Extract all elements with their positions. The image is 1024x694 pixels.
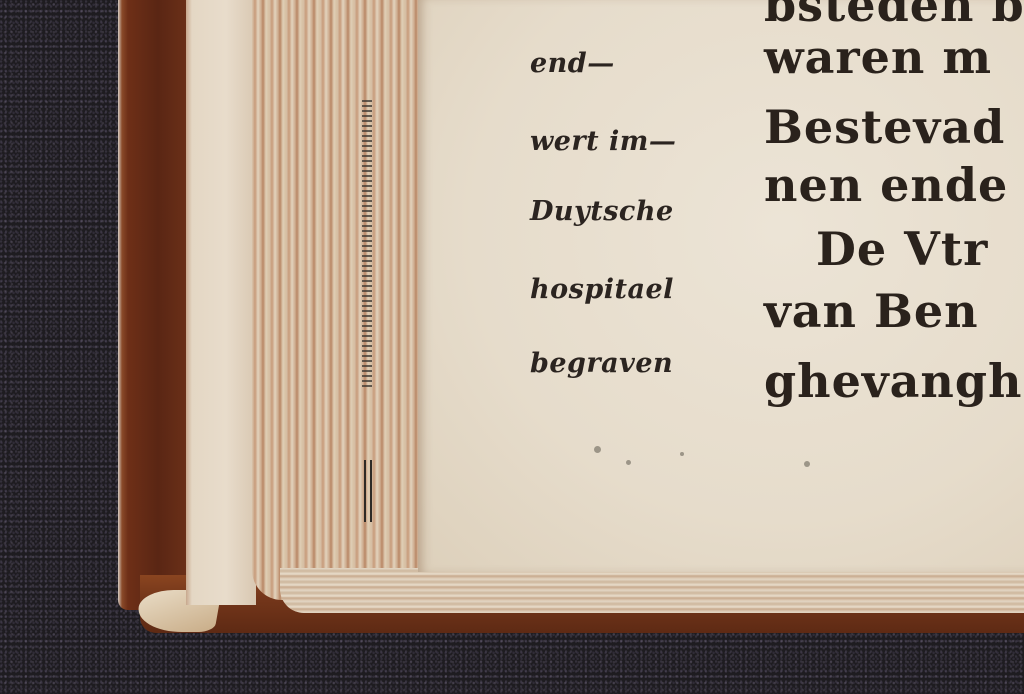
text-line: waren m bbox=[764, 30, 992, 84]
page-edges-gutter bbox=[252, 0, 420, 600]
text-line: van Ben bbox=[764, 284, 979, 338]
text-line-indented: De Vtr bbox=[816, 222, 988, 276]
foxing-speck bbox=[804, 461, 810, 467]
text-line: ghevangh bbox=[764, 354, 1022, 408]
text-line: Bestevad bbox=[764, 100, 1005, 154]
margin-note: wert im— bbox=[530, 126, 676, 157]
margin-note: Duytsche bbox=[530, 196, 674, 227]
gutter-ink-mark-lower bbox=[364, 460, 372, 522]
foxing-speck bbox=[626, 460, 631, 465]
book-page: end— wert im— Duytsche hospitael begrave… bbox=[418, 0, 1024, 572]
foxing-speck bbox=[680, 452, 684, 456]
flyleaf bbox=[186, 0, 256, 605]
text-line: bsteden b bbox=[764, 0, 1024, 32]
text-line: nen ende bbox=[764, 158, 1008, 212]
page-edges-bottom bbox=[280, 568, 1024, 613]
leather-cover-left bbox=[118, 0, 194, 610]
margin-note: hospitael bbox=[530, 274, 674, 305]
foxing-speck bbox=[594, 446, 601, 453]
margin-note: end— bbox=[530, 48, 615, 79]
gutter-ink-marks bbox=[362, 100, 372, 390]
margin-note: begraven bbox=[530, 348, 673, 379]
